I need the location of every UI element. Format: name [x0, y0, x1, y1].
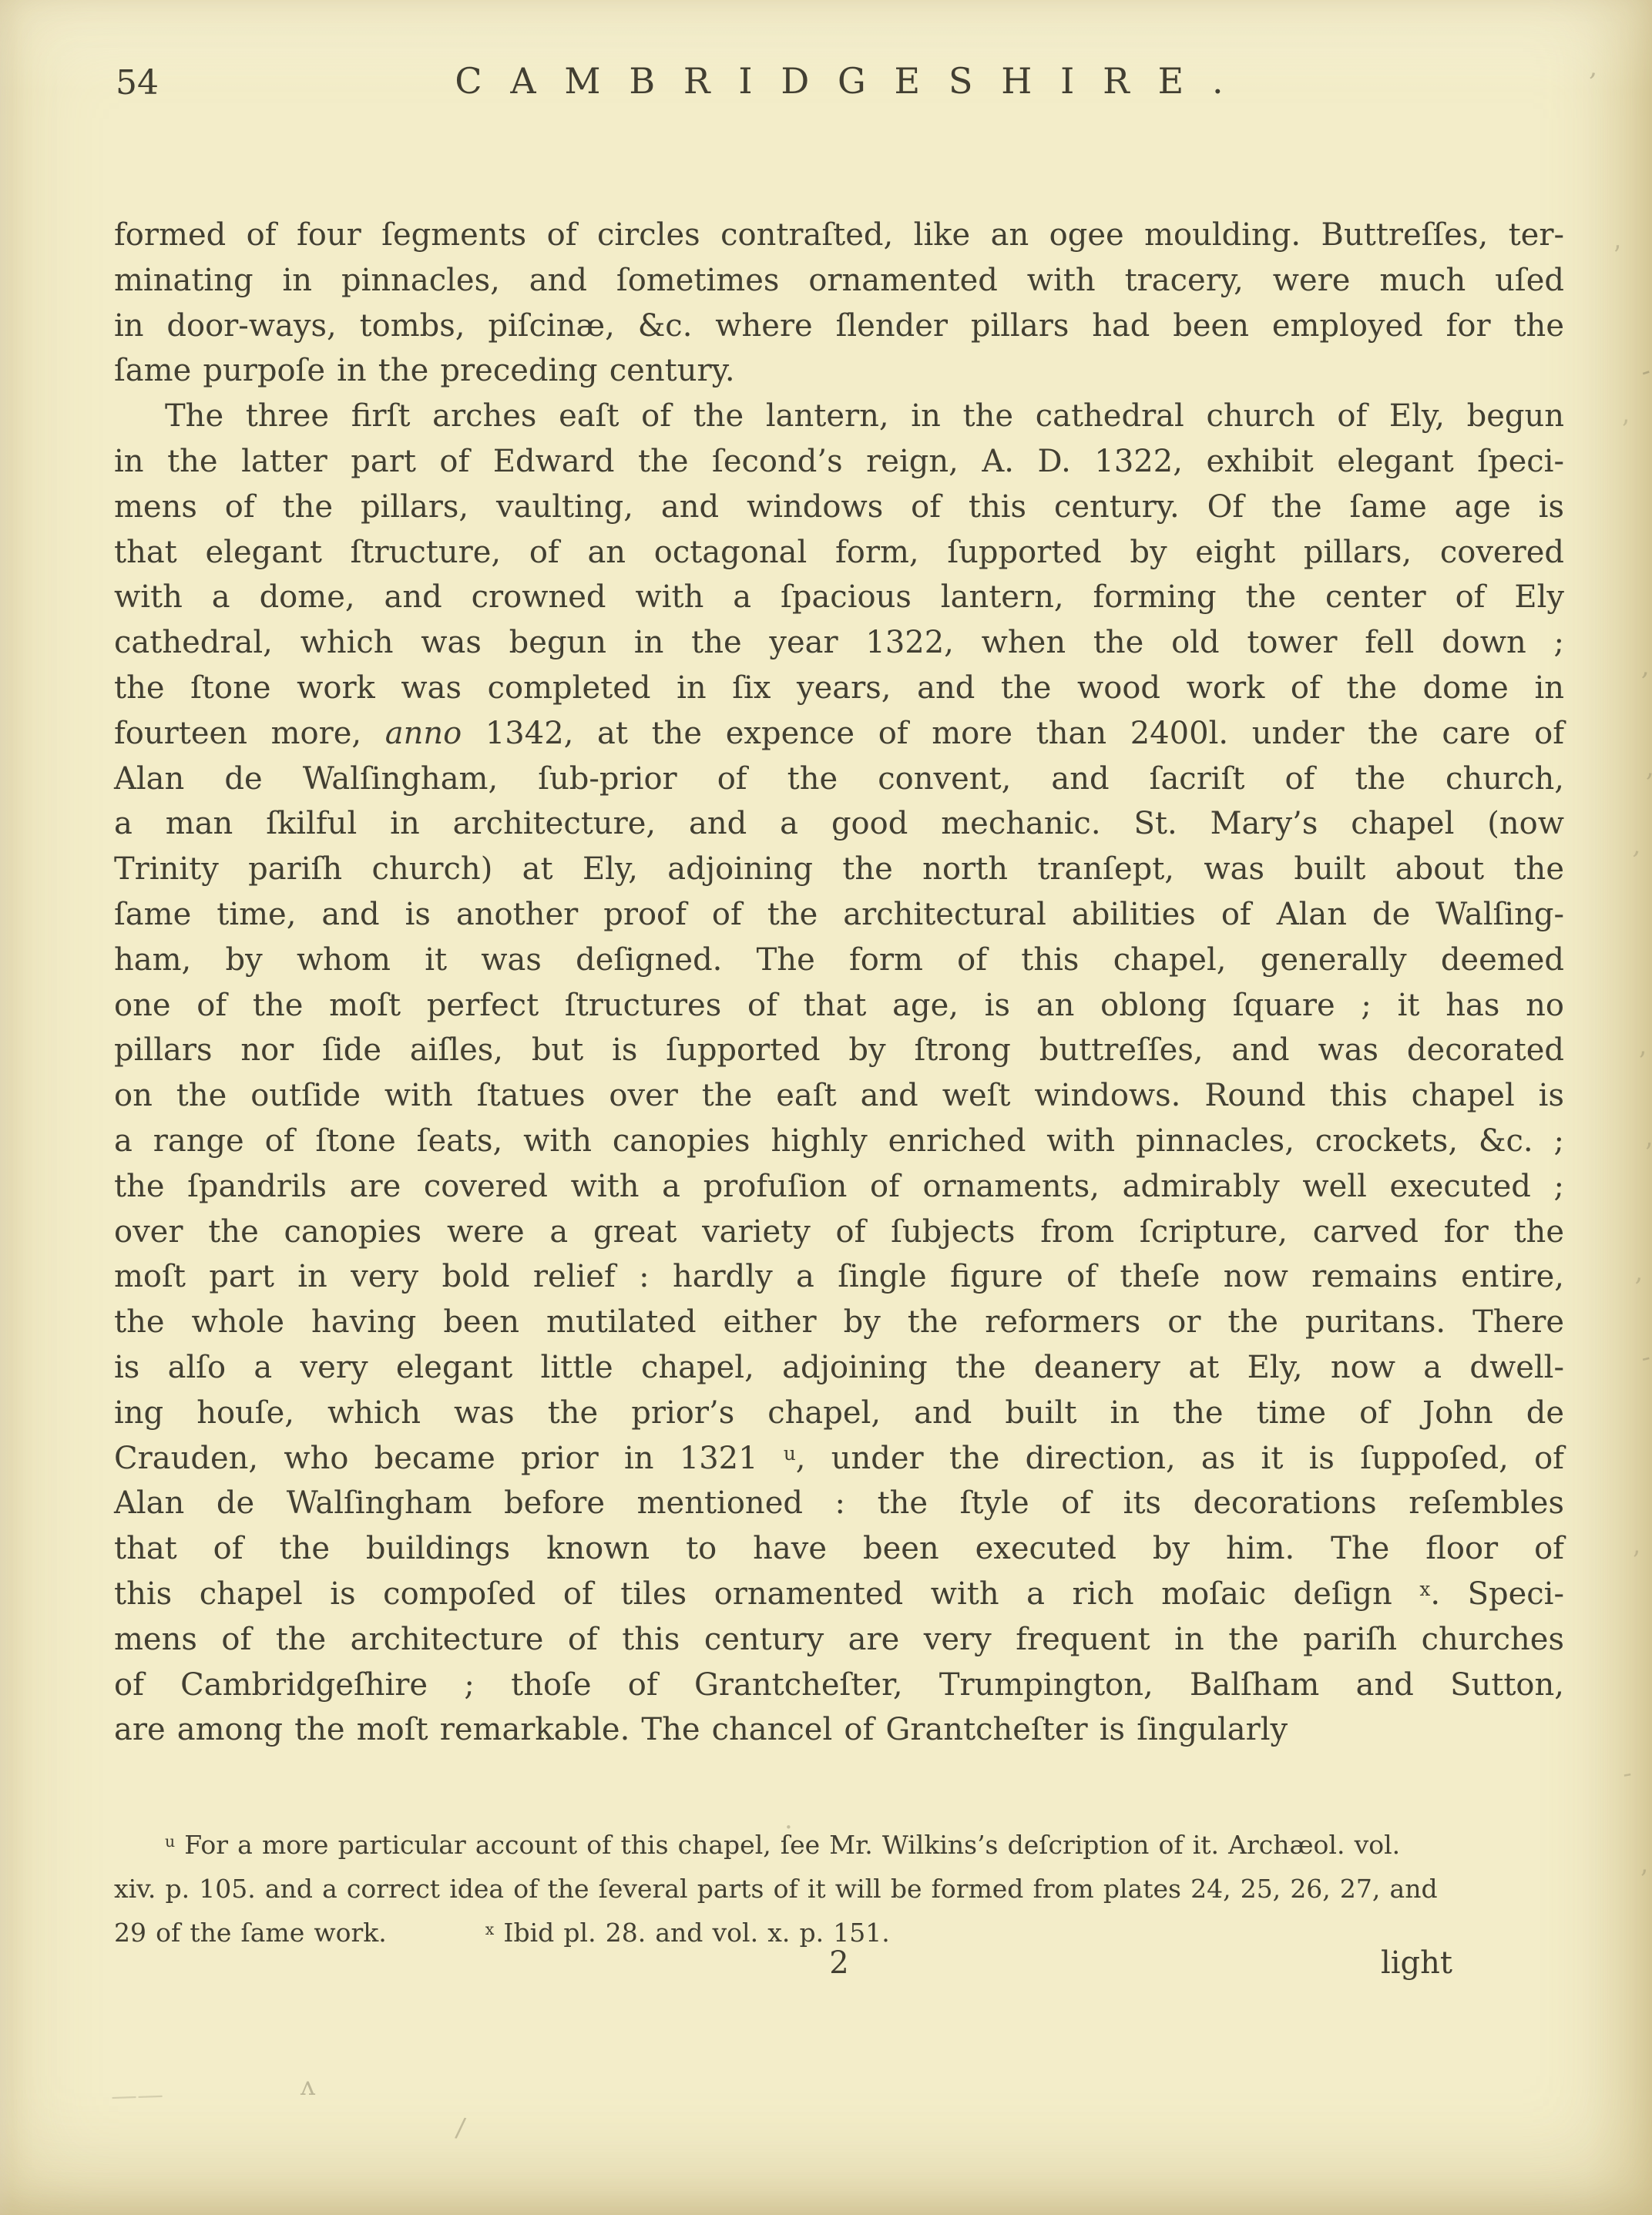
footnote-line: xiv. p. 105. and a correct idea of the ſ…	[114, 1867, 1564, 1911]
signature-mark: 2	[114, 1940, 1564, 1986]
scan-artifact-mark: ʌ	[301, 2071, 315, 2102]
body-line: ham, by whom it was deſigned. The form o…	[114, 938, 1564, 983]
body-line: ing houſe, which was the prior’s chapel,…	[114, 1391, 1564, 1436]
body-line: pillars nor ſide aiſles, but is ſupporte…	[114, 1028, 1564, 1073]
body-line: ſame purpoſe in the preceding century.	[114, 348, 1564, 394]
body-line: a range of ſtone ſeats, with canopies hi…	[114, 1119, 1564, 1164]
scan-artifact-mark: ’	[1640, 1864, 1648, 1895]
scan-artifact-mark: ’	[1628, 845, 1642, 877]
body-line: Alan de Walſingham, ſub-prior of the con…	[114, 757, 1564, 802]
scan-artifact-mark: ,	[1643, 1122, 1652, 1153]
book-page: 54 CAMBRIDGESHIRE. formed of four ſegmen…	[0, 0, 1652, 2215]
body-line: that of the buildings known to have been…	[114, 1526, 1564, 1572]
body-line: the ſpandrils are covered with a profuſi…	[114, 1164, 1564, 1210]
body-line: in door-ways, tombs, piſcinæ, &c. where …	[114, 304, 1564, 349]
scan-artifact-mark: -	[1637, 1341, 1652, 1374]
body-line: moſt part in very bold relief : hardly a…	[114, 1254, 1564, 1300]
body-line: mens of the architecture of this century…	[114, 1617, 1564, 1663]
body-line: one of the moſt perfect ſtructures of th…	[114, 983, 1564, 1029]
body-line: ſame time, and is another proof of the a…	[114, 892, 1564, 938]
body-line: the ſtone work was completed in ſix year…	[114, 666, 1564, 711]
footnote-line: u For a more particular account of this …	[114, 1823, 1564, 1867]
scan-artifact-mark: ’	[1613, 240, 1623, 272]
body-line: minating in pinnacles, and ſometimes orn…	[114, 258, 1564, 304]
body-line: Crauden, who became prior in 1321 u, und…	[114, 1436, 1564, 1482]
body-line: is alſo a very elegant little chapel, ad…	[114, 1345, 1564, 1391]
body-line: Alan de Walſingham before mentioned : th…	[114, 1481, 1564, 1526]
body-line: of Cambridgeſhire ; thoſe of Grantcheſte…	[114, 1663, 1564, 1708]
body-line: a man ſkilful in architecture, and a goo…	[114, 801, 1564, 847]
body-line: are among the moſt remarkable. The chanc…	[114, 1707, 1564, 1753]
body-line: The three firſt arches eaſt of the lante…	[114, 394, 1564, 439]
scan-artifact-mark: ,	[1646, 752, 1652, 783]
scan-artifact-mark: ’	[1621, 414, 1630, 445]
body-line: with a dome, and crowned with a ſpacious…	[114, 575, 1564, 620]
body-line: Trinity pariſh church) at Ely, adjoining…	[114, 847, 1564, 892]
scan-artifact-mark: ’	[1638, 1046, 1647, 1077]
scan-artifact-mark: ——	[110, 2079, 163, 2112]
running-title: CAMBRIDGESHIRE.	[114, 63, 1564, 99]
catchword: light	[1381, 1940, 1452, 1986]
scan-artifact-mark: ’	[1638, 667, 1650, 699]
body-line: formed of four ſegments of circles contr…	[114, 213, 1564, 258]
body-line: in the latter part of Edward the ſecond’…	[114, 439, 1564, 485]
body-line: that elegant ſtructure, of an octagonal …	[114, 530, 1564, 576]
body-line: mens of the pillars, vaulting, and windo…	[114, 485, 1564, 530]
body-line: the whole having been mutilated either b…	[114, 1300, 1564, 1345]
body-line: on the outſide with ſtatues over the eaſ…	[114, 1073, 1564, 1119]
body-line: cathedral, which was begun in the year 1…	[114, 620, 1564, 666]
scan-artifact-mark: ’	[1633, 1273, 1644, 1304]
footnotes: u For a more particular account of this …	[114, 1823, 1564, 1955]
scan-artifact-mark: -	[1637, 355, 1652, 388]
body-line: over the canopies were a great variety o…	[114, 1210, 1564, 1255]
body-text: formed of four ſegments of circles contr…	[114, 213, 1564, 1753]
scan-artifact-mark: /	[454, 2112, 467, 2143]
signature-row: 2 light	[114, 1940, 1564, 1986]
body-line: fourteen more, anno 1342, at the expence…	[114, 711, 1564, 757]
scan-artifact-mark: -	[1620, 1757, 1634, 1789]
scan-artifact-mark: ’	[1585, 67, 1597, 99]
body-line: this chapel is compoſed of tiles ornamen…	[114, 1572, 1564, 1617]
scan-artifact-mark: ’	[1632, 1545, 1640, 1576]
